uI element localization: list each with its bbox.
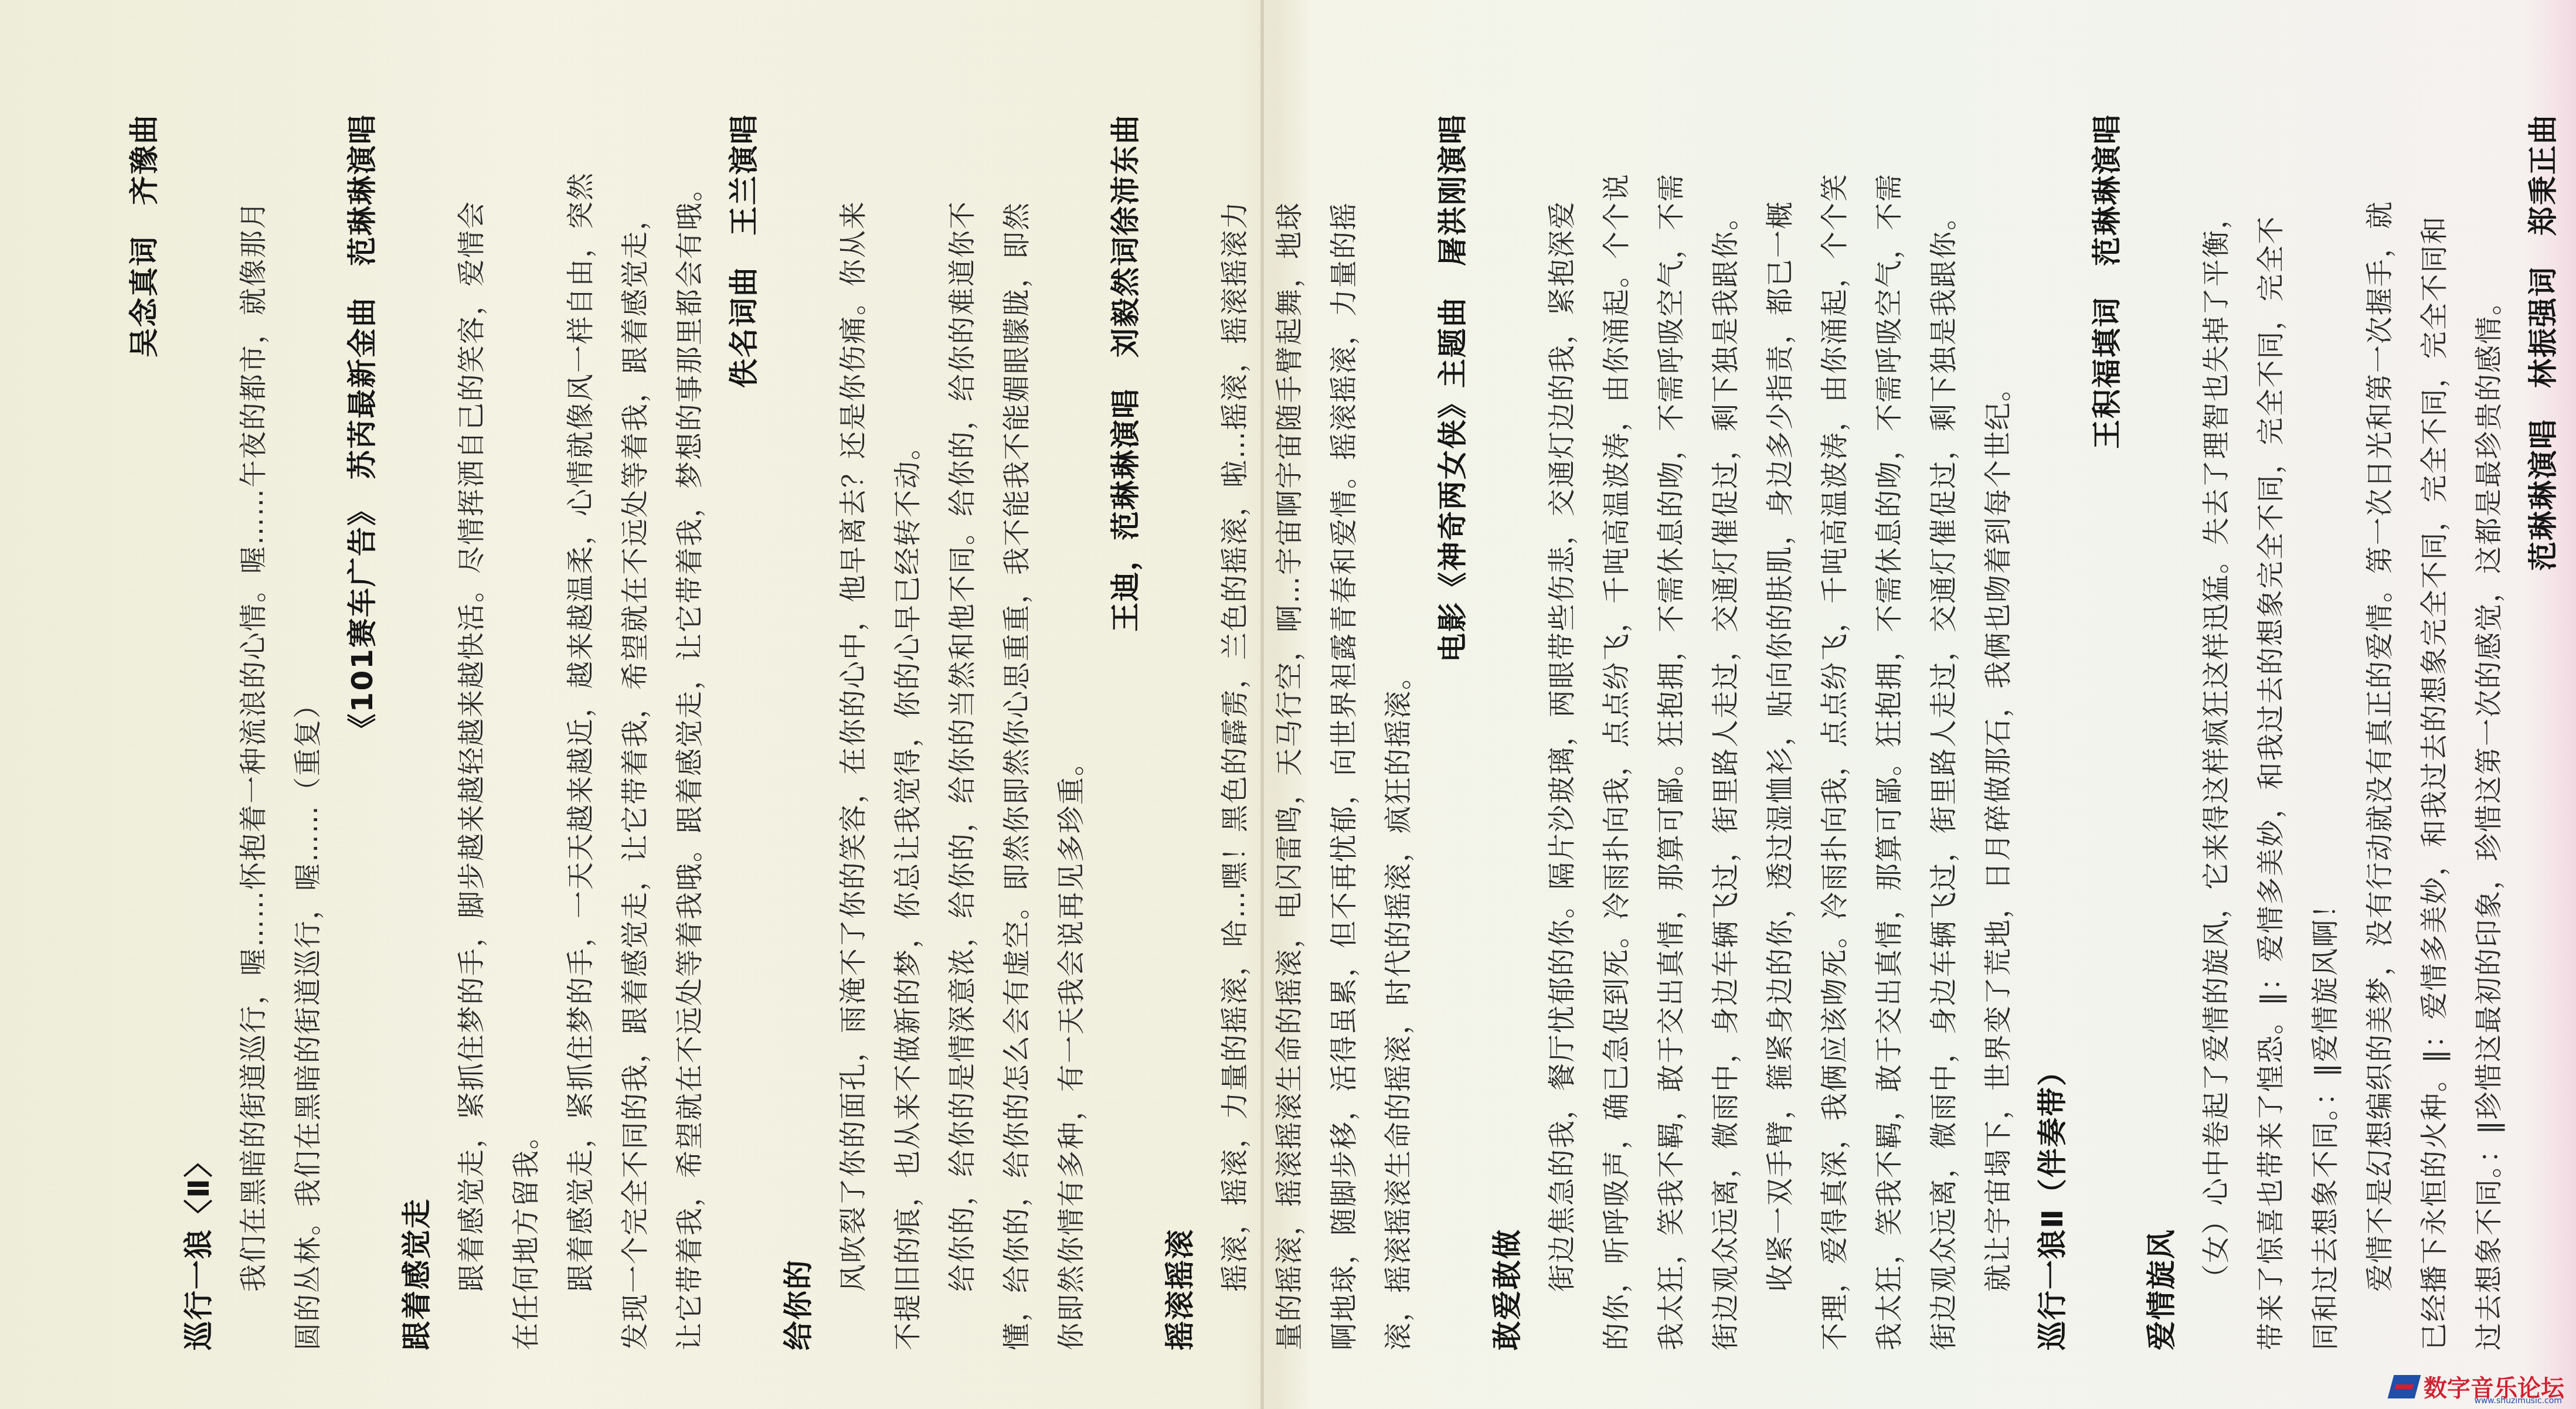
song-credit: 范琳琳演唱 林振强词 郑秉正曲	[2516, 90, 2571, 1350]
lyrics-column: 吴念真词 齐豫曲巡行一狼〈Ⅱ〉我们在黑暗的街道巡行，喔……怀抱着一种流浪的心情。…	[117, 90, 2576, 1350]
lyric-line: 我太狂，笑我不羁，敢于交出真情，那算可鄙。狂抱拥，不需休息的吻，不需呼吸空气，不…	[1862, 90, 1916, 1350]
song-credit: 王积福填词 范琳琳演唱	[2080, 90, 2135, 1350]
song-title: 跟着感觉走	[390, 90, 444, 1350]
lyrics-page: 吴念真词 齐豫曲巡行一狼〈Ⅱ〉我们在黑暗的街道巡行，喔……怀抱着一种流浪的心情。…	[0, 0, 2576, 1409]
lyric-line: 过去想象不同。：‖珍惜这最初的印象，珍惜这第一次的感觉，这都是最珍贵的感情。	[2462, 90, 2516, 1350]
lyric-line: 滚，摇滚摇滚生命的摇滚，时代的摇滚，疯狂的摇滚。	[1371, 90, 1426, 1350]
scanned-lyrics-sheet: 吴念真词 齐豫曲巡行一狼〈Ⅱ〉我们在黑暗的街道巡行，喔……怀抱着一种流浪的心情。…	[0, 0, 2576, 1409]
lyric-line: （女）心中卷起了爱情的旋风，它来得这样疯狂这样迅猛。失去了理智也失掉了平衡，	[2189, 90, 2244, 1350]
lyric-line: 摇滚，摇滚，力量的摇滚，哈…嘿！黑色的霹雳，兰色的摇滚，啦…摇滚，摇滚摇滚力	[1208, 90, 1262, 1350]
lyric-line: 的你，听呼吸声，确已急促到死。冷雨扑向我，点点纷飞，千吨高温波涛，由你涌起。个个…	[1589, 90, 1644, 1350]
song-credit: 吴念真词 齐豫曲	[117, 90, 172, 1350]
lyric-line: 带来了惊喜也带来了惶恐。‖：爱情多美妙，和我过去的想象完全不同，完全不同，完全不	[2244, 90, 2298, 1350]
song-credit: 佚名词曲 王兰演唱	[717, 90, 772, 1350]
lyric-line: 街边焦急的我，餐厅忧郁的你。隔片沙玻璃，两眼带些伤悲，交通灯边的我，紧抱深爱	[1535, 90, 1589, 1350]
lyric-line: 在任何地方留我。	[499, 90, 553, 1350]
lyric-line: 发现一个完全不同的我，跟着感觉走，让它带着我，希望就在不远处等着我，跟着感觉走，	[608, 90, 662, 1350]
lyric-line: 跟着感觉走，紧抓住梦的手，一天天越来越近，越来越温柔，心情就像风一样自由，突然	[553, 90, 608, 1350]
song-title: 巡行一狼Ⅱ（伴奏带）	[2026, 90, 2080, 1350]
song-title: 摇滚摇滚	[1153, 90, 1208, 1350]
lyric-line: 量的摇滚，摇滚摇滚生命的摇滚，电闪雷鸣，天马行空，啊…宇宙啊宇宙随手臂起舞，地球	[1262, 90, 1317, 1350]
lyric-line: 爱情不是幻想编织的美梦，没有行动就没有真正的爱情。第一次日光和第一次握手，就	[2353, 90, 2407, 1350]
lyric-line: 收紧一双手臂，箍紧身边的你，透过湿恤衫，贴向你的肤肌，身边多少指责，都已一概	[1753, 90, 1807, 1350]
lyric-line: 就让宇宙塌下，世界变了荒地，日月碎做那石，我俩也吻着到每个世纪。	[1971, 90, 2026, 1350]
lyric-line: 同和过去想象不同。：‖爱情旋风啊！	[2298, 90, 2353, 1350]
song-title: 爱情旋风	[2135, 90, 2189, 1350]
lyric-line: 街边观众远离，微雨中，身边车辆飞过，街里路人走过，交通灯催促过，剩下独是我跟你。	[1916, 90, 1971, 1350]
song-title: 巡行一狼〈Ⅱ〉	[172, 90, 226, 1350]
song-title: 给你的	[772, 90, 826, 1350]
watermark: 数字音乐论坛 www.shuzimusic.com	[2391, 1370, 2564, 1403]
song-title: 敢爱敢做	[1480, 90, 1535, 1350]
song-credit: 《101赛车广告》 苏芮最新金曲 范琳琳演唱	[335, 90, 390, 1350]
lyric-line: 你即然你情有多种，有一天我会说再见多珍重。	[1044, 90, 1099, 1350]
song-credit: 王迪，范琳琳演唱 刘毅然词徐沛东曲	[1099, 90, 1153, 1350]
lyric-line: 不提旧的痕，也从来不做新的梦，你总让我觉得，你的心早已经转不动。	[881, 90, 935, 1350]
lyric-line: 已经播下永恒的火种。‖：爱情多美妙，和我过去的想象完全不同，完全不同，完全不同和	[2407, 90, 2462, 1350]
lyric-line: 给你的，给你的是情深意浓，给你的，给你的当然和他不同。给你的，给你的难道你不	[935, 90, 990, 1350]
lyric-line: 让它带着我，希望就在不远处等着我哦。跟着感觉走，让它带着我，梦想的事那里都会有哦…	[662, 90, 717, 1350]
lyric-line: 懂，给你的，给你的怎么会有虚空。即然你即然你心思重重，我不能我不能媚眼朦胧，即然	[990, 90, 1044, 1350]
lyric-line: 不理，爱得真深，我俩应该吻死。冷雨扑向我，点点纷飞，千吨高温波涛，由你涌起，个个…	[1807, 90, 1862, 1350]
lyric-line: 跟着感觉走，紧抓住梦的手，脚步越来越轻越来越快活。尽情挥洒自己的笑容，爱情会	[444, 90, 499, 1350]
lyric-line: 我太狂，笑我不羁，敢于交出真情，那算可鄙。狂抱拥，不需休息的吻，不需呼吸空气，不…	[1644, 90, 1698, 1350]
forum-logo-icon	[2388, 1375, 2421, 1398]
lyric-line: 圆的丛林。我们在黑暗的街道巡行，喔……（重复）	[281, 90, 335, 1350]
lyric-line: 啊地球，随脚步移，活得虽累，但不再忧郁，向世界袒露青春和爱情。摇滚摇滚，力量的摇	[1317, 90, 1371, 1350]
watermark-url: www.shuzimusic.com	[2474, 1396, 2562, 1405]
song-title: 最后一夜	[2571, 90, 2576, 1350]
song-credit: 电影《神奇两女侠》主题曲 屠洪刚演唱	[1426, 90, 1480, 1350]
lyric-line: 街边观众远离，微雨中，身边车辆飞过，街里路人走过，交通灯催促过，剩下独是我跟你。	[1698, 90, 1753, 1350]
lyric-line: 我们在黑暗的街道巡行，喔……怀抱着一种流浪的心情。喔……午夜的都市，就像那月	[226, 90, 281, 1350]
lyric-line: 风吹裂了你的面孔，雨淹不了你的笑容，在你的心中，他早离去？还是你伤痛。你从来	[826, 90, 881, 1350]
